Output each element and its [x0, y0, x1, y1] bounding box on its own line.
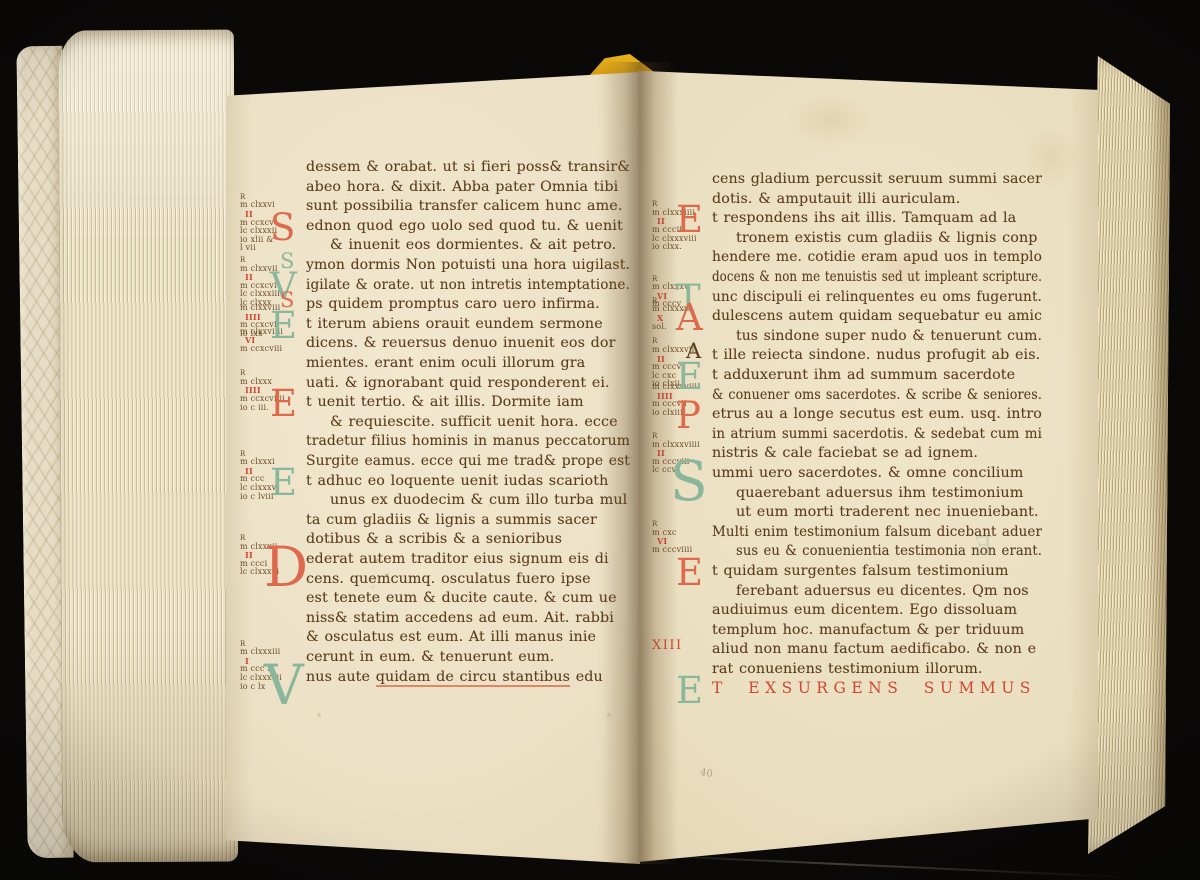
illuminated-initial: P [676, 397, 701, 434]
manuscript-line: cerunt in eum. & tenuerunt eum. [306, 646, 554, 666]
manuscript-line: quaerebant aduersus ihm testimonium [712, 482, 1023, 502]
manuscript-line: ferebant aduersus eu dicentes. Qm nos [712, 580, 1029, 600]
line-text: Surgite eamus. ecce qui me trad& prope e… [306, 453, 630, 469]
illuminated-initial: E [270, 385, 297, 422]
manuscript-line: Petrus au a longe secutus est eum. usq. … [712, 403, 1042, 423]
manuscript-line: ET EXSURGENS SUMMUS [712, 678, 1036, 698]
manuscript-line: hendere me. cotidie eram apud uos in tem… [712, 246, 1053, 266]
line-text: ederat autem traditor eius signum eis di [306, 551, 609, 567]
line-text: ps quidem promptus caro uero infirma. [306, 296, 600, 312]
manuscript-line: Et adduxerunt ihm ad summum sacerdote [712, 364, 1015, 384]
line-text: templum hoc. manufactum & per triduum [712, 622, 1024, 638]
right-text-column: cens gladium percussit seruum summi sace… [712, 168, 1042, 708]
manuscript-line: dotis. & amputauit illi auriculam. [712, 188, 960, 208]
illuminated-initial: D [264, 540, 308, 595]
chapter-number: XIII [652, 642, 714, 651]
illuminated-initial: E [270, 307, 297, 344]
line-text: audiuimus eum dicentem. Ego dissoluam [712, 602, 1017, 618]
illuminated-initial: S [270, 209, 295, 246]
manuscript-line: Et quidam surgentes falsum testimonium [712, 560, 1009, 580]
line-text: sunt possibilia transfer calicem hunc am… [306, 198, 622, 214]
manuscript-line: unus ex duodecim & cum illo turba mul [306, 489, 627, 509]
line-text: t iterum abiens orauit eundem sermone [306, 316, 603, 332]
manuscript-line: & osculatus est eum. At illi manus inie [306, 626, 596, 646]
manuscript-line: At ille reiecta sindone. nudus profugit … [712, 344, 1040, 364]
line-text: ferebant aduersus eu dicentes. Qm nos [736, 583, 1029, 599]
line-text: nus aute quidam de circu stantibus edu [306, 669, 603, 685]
line-text: dulescens autem quidam sequebatur eu ami… [712, 308, 1042, 324]
manuscript-line: tronem existis cum gladiis & lignis conp [712, 227, 1038, 247]
illuminated-initial: E [676, 672, 703, 709]
manuscript-line: Sednon quod ego uolo sed quod tu. & ueni… [306, 215, 623, 235]
line-text: docens & non me tenuistis sed ut implean… [712, 269, 1042, 285]
manuscript-line: cens gladium percussit seruum summi sace… [712, 168, 1044, 188]
line-text: t adduxerunt ihm ad summum sacerdote [712, 367, 1015, 383]
manuscript-line: dicens. & reuersus denuo inuenit eos dor [306, 332, 616, 352]
line-text: aliud non manu factum aedificabo. & non … [712, 641, 1036, 657]
manuscript-line: Vnus aute quidam de circu stantibus edu [306, 666, 603, 686]
line-text: mientes. erant enim oculi illorum gra [306, 355, 585, 371]
line-text: in atrium summi sacerdotis. & sedebat cu… [712, 426, 1042, 442]
line-text: abeo hora. & dixit. Abba pater Omnia tib… [306, 179, 618, 195]
line-text: hendere me. cotidie eram apud uos in tem… [712, 249, 1042, 265]
manuscript-line: nistris & cale faciebat se ad ignem. [712, 442, 978, 462]
manuscript-line: est tenete eum & ducite caute. & cum ue [306, 587, 617, 607]
illuminated-initial: E [676, 201, 703, 238]
line-text: tronem existis cum gladiis & lignis conp [736, 230, 1038, 246]
line-text: cerunt in eum. & tenuerunt eum. [306, 649, 554, 665]
line-text: & osculatus est eum. At illi manus inie [306, 629, 596, 645]
right-page-stack-edge [1088, 56, 1170, 854]
line-text: tus sindone super nudo & tenuerunt cum. [736, 328, 1042, 344]
manuscript-line: niss& statim accedens ad eum. Ait. rabbi [306, 607, 614, 627]
manuscript-line: tradetur filius hominis in manus peccato… [306, 430, 639, 450]
illuminated-initial: S [670, 454, 708, 509]
left-page-stack-edge [58, 30, 238, 863]
ink-showthrough-initial: E [973, 532, 993, 563]
line-text: niss& statim accedens ad eum. Ait. rabbi [306, 610, 614, 626]
manuscript-line: in atrium summi sacerdotis. & sedebat cu… [712, 423, 1063, 443]
manuscript-line: Adulescens autem quidam sequebatur eu am… [712, 305, 1050, 325]
manuscript-line: & inuenit eos dormientes. & ait petro. [306, 234, 616, 254]
line-text: dessem & orabat. ut si fieri poss& trans… [306, 159, 630, 175]
manuscript-line: Surgite eamus. ecce qui me trad& prope e… [306, 450, 639, 470]
right-manuscript-page: Rm clxxxiiiiIIm ccciiilc clxxxviiiio clx… [638, 66, 1098, 862]
line-text: ednon quod ego uolo sed quod tu. & uenit [306, 218, 623, 234]
line-text: t quidam surgentes falsum testimonium [712, 563, 1009, 579]
line-text: & conuener oms sacerdotes. & scribe & se… [712, 387, 1042, 403]
manuscript-line: Vigilate & orate. ut non intretis intemp… [306, 274, 646, 294]
manuscript-line: Dederat autem traditor eius signum eis d… [306, 548, 609, 568]
manuscript-line: ta cum gladiis & lignis a summis sacer [306, 509, 597, 529]
left-manuscript-page: Rm clxxviIIm ccxcvlc clxxxiiio xlii &l v… [226, 72, 640, 864]
illuminated-initial: E [270, 464, 297, 501]
line-text: t respondens ihs ait illis. Tamquam ad l… [712, 210, 1016, 226]
line-text: ta cum gladiis & lignis a summis sacer [306, 512, 597, 528]
canon-table-note: Rm cxcVIm cccviiii [652, 520, 714, 554]
line-text: igilate & orate. ut non intretis intempt… [306, 277, 630, 293]
line-text: t ille reiecta sindone. nudus profugit a… [712, 347, 1040, 363]
manuscript-line: aliud non manu factum aedificabo. & non … [712, 638, 1036, 658]
line-text: ymon dormis Non potuisti una hora uigila… [306, 257, 630, 273]
line-text: nistris & cale faciebat se ad ignem. [712, 445, 978, 461]
manuscript-line: Sps quidem promptus caro uero infirma. [306, 293, 600, 313]
manuscript-line: docens & non me tenuistis sed ut implean… [712, 266, 1111, 286]
manuscript-line: sunt possibilia transfer calicem hunc am… [306, 195, 622, 215]
manuscript-line: mientes. erant enim oculi illorum gra [306, 352, 585, 372]
line-text: dicens. & reuersus denuo inuenit eos dor [306, 335, 616, 351]
illuminated-initial: A [676, 299, 703, 336]
manuscript-line: tus sindone super nudo & tenuerunt cum. [712, 325, 1049, 345]
line-text: quaerebant aduersus ihm testimonium [736, 485, 1023, 501]
line-text: cens gladium percussit seruum summi sace… [712, 171, 1042, 187]
manuscript-line: Et adhuc eo loquente uenit iudas scariot… [306, 470, 608, 490]
illuminated-initial: E [676, 554, 703, 591]
manuscript-line: templum hoc. manufactum & per triduum [712, 619, 1024, 639]
manuscript-line: dessem & orabat. ut si fieri poss& trans… [306, 156, 632, 176]
manuscript-line: Et iterum abiens orauit eundem sermone [306, 313, 603, 333]
line-text: t adhuc eo loquente uenit iudas scarioth [306, 473, 608, 489]
manuscript-line: cens. quemcumq. osculatus fuero ipse [306, 568, 591, 588]
manuscript-line: Tunc discipuli ei relinquentes eu oms fu… [712, 286, 1057, 306]
manuscript-line: & requiescite. sufficit uenit hora. ecce [306, 411, 618, 431]
manuscript-line: Et respondens ihs ait illis. Tamquam ad … [712, 207, 1016, 227]
manuscript-line: & conuener oms sacerdotes. & scribe & se… [712, 384, 1084, 404]
left-text-column: dessem & orabat. ut si fieri poss& trans… [306, 156, 630, 696]
canon-table-note: XIII [652, 642, 714, 651]
line-text: dotibus & a scribis & a senioribus [306, 531, 562, 547]
line-text: est tenete eum & ducite caute. & cum ue [306, 590, 617, 606]
line-text: unus ex duodecim & cum illo turba mul [330, 492, 627, 508]
parchment-stain [788, 94, 874, 146]
line-text: ummi uero sacerdotes. & omne concilium [712, 465, 1023, 481]
manuscript-line: dotibus & a scribis & a senioribus [306, 528, 562, 548]
line-text: t uenit tertio. & ait illis. Dormite iam [306, 394, 584, 410]
folio-pencil-mark: 40 [699, 767, 713, 780]
illuminated-initial: V [264, 658, 304, 713]
line-text: cens. quemcumq. osculatus fuero ipse [306, 571, 591, 587]
manuscript-line: Summi uero sacerdotes. & omne concilium [712, 462, 1023, 482]
rubric-text: T EXSURGENS SUMMUS [712, 679, 1036, 697]
line-text: & inuenit eos dormientes. & ait petro. [330, 237, 616, 253]
line-text: rat conueniens testimonium illorum. [712, 661, 983, 677]
line-text: tradetur filius hominis in manus peccato… [306, 433, 630, 449]
manuscript-line: Symon dormis Non potuisti una hora uigil… [306, 254, 637, 274]
line-text: etrus au a longe secutus est eum. usq. i… [712, 406, 1042, 422]
canon-note-token: io clxx. [652, 243, 714, 252]
manuscript-line: abeo hora. & dixit. Abba pater Omnia tib… [306, 176, 618, 196]
manuscript-line: ut eum morti traderent nec inueniebant. [712, 501, 1039, 521]
line-text: dotis. & amputauit illi auriculam. [712, 191, 960, 207]
line-text: ut eum morti traderent nec inueniebant. [736, 504, 1039, 520]
manuscript-line: sus eu & conuenientia testimonia non era… [712, 540, 1068, 560]
red-underline: quidam de circu stantibus [376, 669, 570, 687]
manuscript-line: Multi enim testimonium falsum dicebant a… [712, 521, 1063, 541]
line-text: sus eu & conuenientia testimonia non era… [736, 543, 1042, 559]
line-text: uati. & ignorabant quid responderent ei. [306, 375, 610, 391]
manuscript-photograph: Rm clxxviIIm ccxcvlc clxxxiiio xlii &l v… [0, 0, 1200, 880]
manuscript-line: rat conueniens testimonium illorum. [712, 658, 983, 678]
line-text: unc discipuli ei relinquentes eu oms fug… [712, 289, 1042, 305]
illuminated-initial: E [676, 358, 703, 395]
manuscript-line: Et uenit tertio. & ait illis. Dormite ia… [306, 391, 584, 411]
line-text: & requiescite. sufficit uenit hora. ecce [330, 414, 618, 430]
manuscript-line: audiuimus eum dicentem. Ego dissoluam [712, 599, 1017, 619]
manuscript-line: uati. & ignorabant quid responderent ei. [306, 372, 610, 392]
